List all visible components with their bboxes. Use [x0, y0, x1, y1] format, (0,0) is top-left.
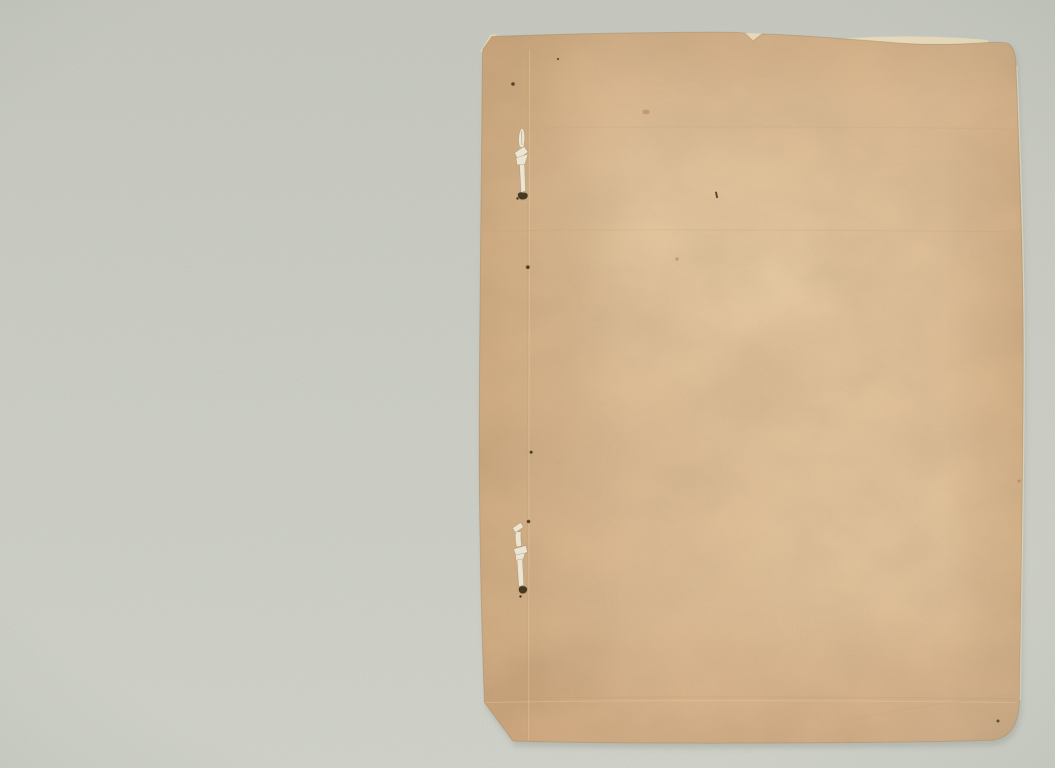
photo-canvas: [0, 0, 1055, 768]
artifact-photograph: [0, 0, 1055, 768]
film-grain: [0, 0, 1055, 768]
